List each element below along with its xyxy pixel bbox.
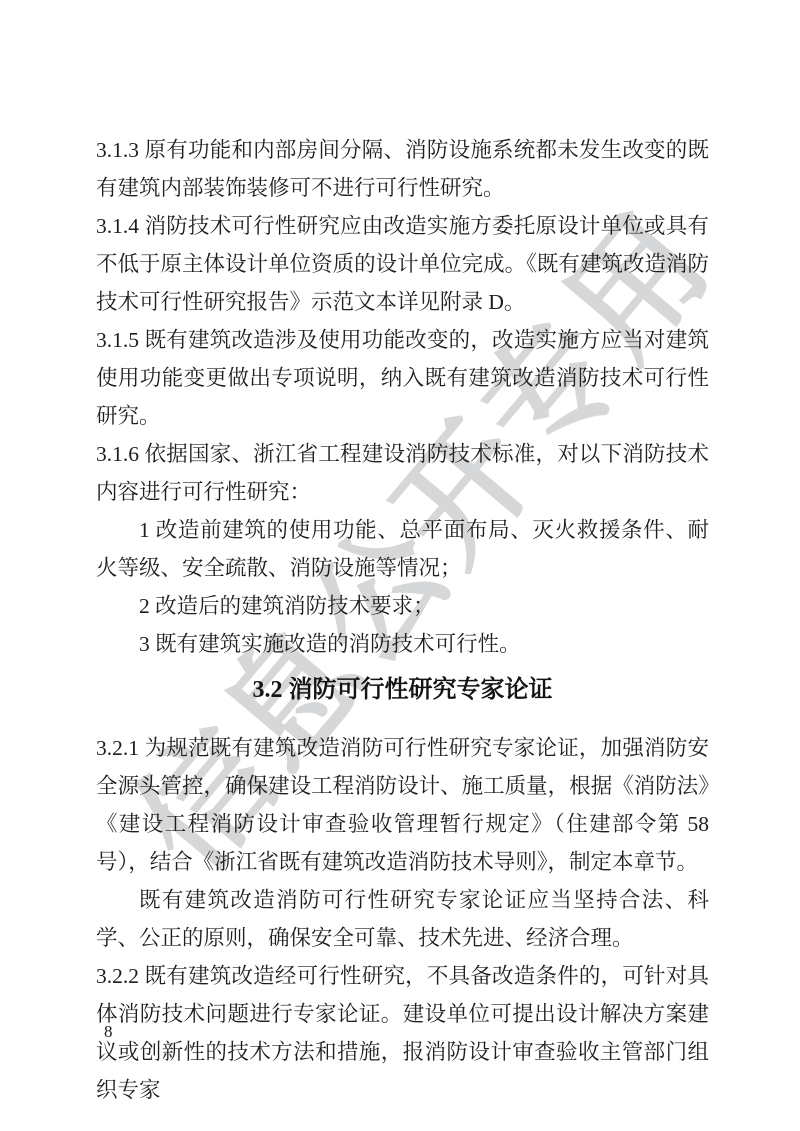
document-content: 3.1.3 原有功能和内部房间分隔、消防设施系统都未发生改变的既有建筑内部装饰装…	[96, 131, 709, 1109]
section-heading-3-2: 3.2 消防可行性研究专家论证	[96, 670, 709, 710]
paragraph-3-1-4: 3.1.4 消防技术可行性研究应由改造实施方委托原设计单位或具有不低于原主体设计…	[96, 207, 709, 321]
paragraph-3-1-3: 3.1.3 原有功能和内部房间分隔、消防设施系统都未发生改变的既有建筑内部装饰装…	[96, 131, 709, 207]
list-item-3: 3 既有建筑实施改造的消防技术可行性。	[96, 625, 709, 663]
paragraph-3-2-2: 3.2.2 既有建筑改造经可行性研究，不具备改造条件的，可针对具体消防技术问题进…	[96, 957, 709, 1109]
paragraph-principles: 既有建筑改造消防可行性研究专家论证应当坚持合法、科学、公正的原则，确保安全可靠、…	[96, 881, 709, 957]
list-item-1: 1 改造前建筑的使用功能、总平面布局、灭火救援条件、耐火等级、安全疏散、消防设施…	[96, 511, 709, 587]
paragraph-3-1-5: 3.1.5 既有建筑改造涉及使用功能改变的，改造实施方应当对建筑使用功能变更做出…	[96, 321, 709, 435]
document-page: 信息公开专用 3.1.3 原有功能和内部房间分隔、消防设施系统都未发生改变的既有…	[0, 0, 800, 1131]
page-number: 8	[104, 1020, 113, 1044]
paragraph-3-1-6: 3.1.6 依据国家、浙江省工程建设消防技术标准，对以下消防技术内容进行可行性研…	[96, 435, 709, 511]
list-item-2: 2 改造后的建筑消防技术要求；	[96, 587, 709, 625]
paragraph-3-2-1: 3.2.1 为规范既有建筑改造消防可行性研究专家论证，加强消防安全源头管控，确保…	[96, 729, 709, 881]
